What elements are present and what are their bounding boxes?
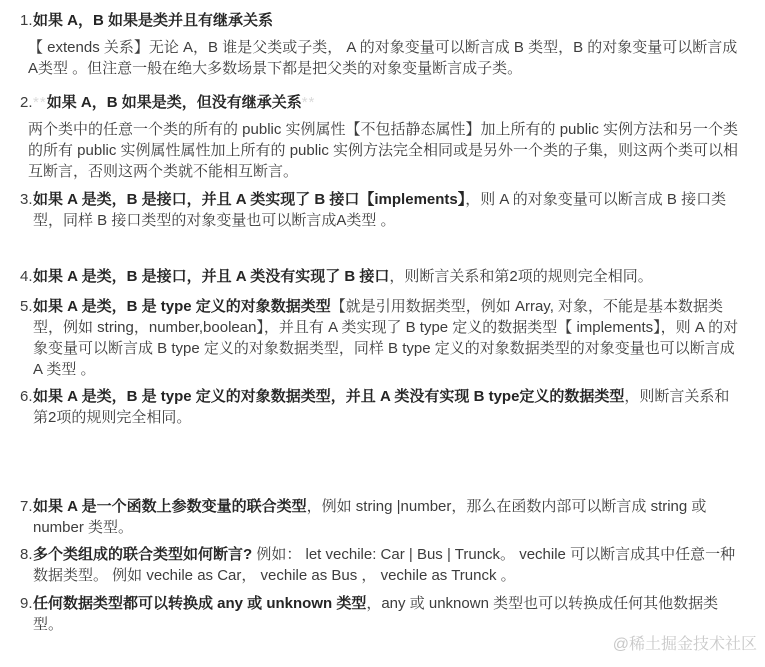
text-run: ，则断言关系和第2项的规则完全相同。: [389, 268, 652, 285]
item-paragraph: 如果 A 是类，B 是接口，并且 A 类实现了 B 接口【implements】…: [33, 189, 739, 231]
muted-asterisk-marks: **: [33, 94, 47, 111]
watermark: @稀土掘金技术社区: [613, 635, 757, 655]
bold-text-run: 如果 A 是类，B 是接口，并且 A 类实现了 B 接口【implements】: [33, 191, 465, 208]
item-number: 4.: [20, 266, 33, 287]
list-item: 1.如果 A，B 如果是类并且有继承关系【 extends 关系】无论 A，B …: [0, 10, 739, 79]
item-number: 1.: [20, 10, 33, 31]
list-item: 2.**如果 A，B 如果是类，但没有继承关系**两个类中的任意一个类的所有的 …: [0, 92, 739, 182]
item-title: 如果 A，B 如果是类并且有继承关系: [33, 10, 739, 31]
item-paragraph: 如果 A 是类，B 是 type 定义的对象数据类型，并且 A 类没有实现 B …: [33, 386, 739, 428]
item-number: 5.: [20, 296, 33, 317]
item-number: 8.: [20, 544, 33, 565]
bold-text-run: 如果 A，B 如果是类，但没有继承关系: [47, 94, 302, 111]
bold-text-run: 任何数据类型都可以转换成 any 或 unknown 类型: [33, 595, 366, 612]
list-item: 6.如果 A 是类，B 是 type 定义的对象数据类型，并且 A 类没有实现 …: [0, 386, 739, 428]
item-paragraph: 如果 A 是类，B 是接口，并且 A 类没有实现了 B 接口，则断言关系和第2项…: [33, 266, 739, 287]
list-item: 8.多个类组成的联合类型如何断言? 例如： let vechile: Car |…: [0, 544, 739, 586]
item-paragraph: 多个类组成的联合类型如何断言? 例如： let vechile: Car | B…: [33, 544, 739, 586]
bold-text-run: 如果 A，B 如果是类并且有继承关系: [33, 12, 273, 29]
bold-text-run: 如果 A 是类，B 是 type 定义的对象数据类型，并且 A 类没有实现 B …: [33, 388, 624, 405]
rules-list: 1.如果 A，B 如果是类并且有继承关系【 extends 关系】无论 A，B …: [0, 0, 765, 635]
text-run: 两个类中的任意一个类的所有的 public 实例属性【不包括静态属性】加上所有的…: [28, 121, 738, 180]
item-title: **如果 A，B 如果是类，但没有继承关系**: [33, 92, 739, 113]
item-paragraph: 任何数据类型都可以转换成 any 或 unknown 类型，any 或 unkn…: [33, 593, 739, 635]
item-number: 7.: [20, 496, 33, 517]
item-number: 9.: [20, 593, 33, 614]
item-number: 2.: [20, 92, 33, 113]
list-item: 4.如果 A 是类，B 是接口，并且 A 类没有实现了 B 接口，则断言关系和第…: [0, 266, 739, 287]
item-paragraph: 如果 A 是一个函数上参数变量的联合类型，例如 string |number，那…: [33, 496, 739, 538]
document-body: 1.如果 A，B 如果是类并且有继承关系【 extends 关系】无论 A，B …: [0, 0, 765, 635]
item-paragraph: 如果 A 是类，B 是 type 定义的对象数据类型【就是引用数据类型，例如 A…: [33, 296, 739, 380]
page: { "colors": { "background": "#ffffff", "…: [0, 0, 765, 667]
list-item: 5.如果 A 是类，B 是 type 定义的对象数据类型【就是引用数据类型，例如…: [0, 296, 739, 380]
list-item: 9.任何数据类型都可以转换成 any 或 unknown 类型，any 或 un…: [0, 593, 739, 635]
list-item: 3.如果 A 是类，B 是接口，并且 A 类实现了 B 接口【implement…: [0, 189, 739, 231]
item-number: 3.: [20, 189, 33, 210]
list-item: 7.如果 A 是一个函数上参数变量的联合类型，例如 string |number…: [0, 496, 739, 538]
item-number: 6.: [20, 386, 33, 407]
bold-text-run: 多个类组成的联合类型如何断言?: [33, 546, 252, 563]
item-paragraph: 【 extends 关系】无论 A，B 谁是父类或子类， A 的对象变量可以断言…: [28, 37, 739, 79]
muted-asterisk-marks: **: [302, 94, 316, 111]
text-run: 【 extends 关系】无论 A，B 谁是父类或子类， A 的对象变量可以断言…: [28, 39, 737, 77]
bold-text-run: 如果 A 是类，B 是 type 定义的对象数据类型: [33, 298, 331, 315]
bold-text-run: 如果 A 是一个函数上参数变量的联合类型: [33, 498, 307, 515]
item-paragraph: 两个类中的任意一个类的所有的 public 实例属性【不包括静态属性】加上所有的…: [28, 119, 739, 182]
bold-text-run: 如果 A 是类，B 是接口，并且 A 类没有实现了 B 接口: [33, 268, 389, 285]
